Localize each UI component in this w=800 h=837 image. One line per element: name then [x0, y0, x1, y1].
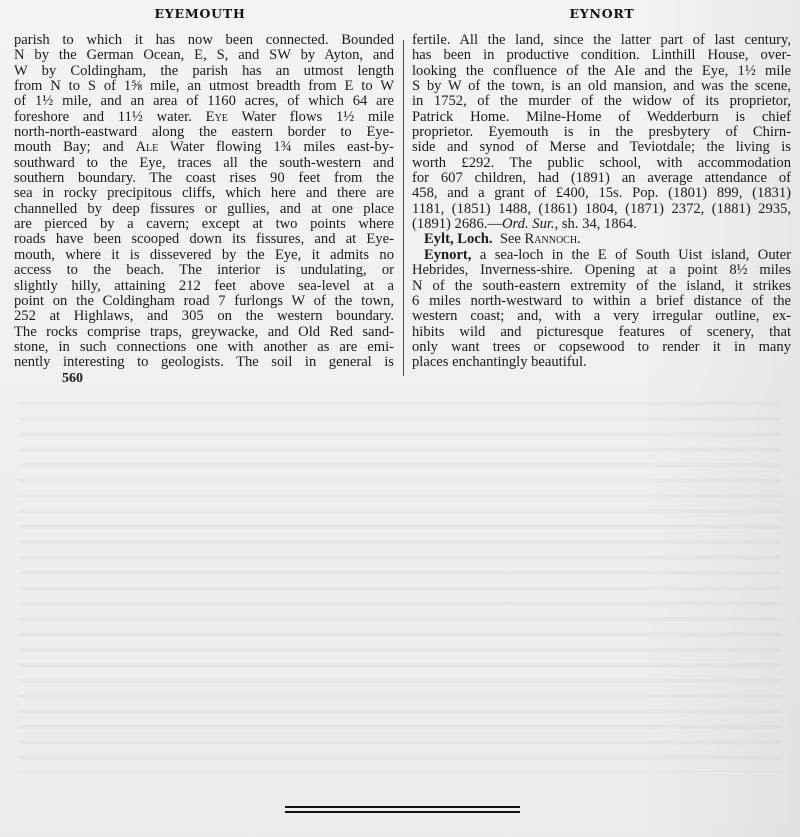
small-caps-term: Ale: [136, 139, 159, 155]
text-line: southern boundary. The coast rises 90 fe…: [14, 171, 394, 186]
text-line: foreshore and 11½ water. Eye Water flows…: [14, 110, 394, 125]
see-label: See: [500, 231, 521, 247]
text-line: fertile. All the land, since the latter …: [412, 33, 791, 48]
text-line: looking the confluence of the Ale and th…: [412, 64, 791, 79]
text-line: side and synod of Merse and Teviotdale; …: [412, 140, 791, 155]
census-tail: (1891) 2686.—: [412, 216, 502, 232]
text-line: W by Coldingham, the parish has an utmos…: [14, 64, 394, 79]
text-line: 458, and a grant of £400, 15s. Pop. (180…: [412, 186, 791, 201]
text-line: for 607 children, had (1891) an average …: [412, 171, 791, 186]
text-line: north-north-eastward along the eastern b…: [14, 125, 394, 140]
running-head-right: EYNORT: [404, 6, 800, 21]
text-line: The rocks comprise traps, greywacke, and…: [14, 325, 394, 340]
text-line: are pierced by a cavern; except at two p…: [14, 217, 394, 232]
headword-eynort: Eynort,: [424, 247, 471, 263]
text-line: Patrick Home. Milne-Home of Wedderburn i…: [412, 110, 791, 125]
text-line: sea in rocky precipitous cliffs, which h…: [14, 186, 394, 201]
bleed-through-text: [20, 392, 780, 772]
small-caps-term: Eye: [206, 109, 228, 125]
entry-eynort-first-line: Eynort, a sea-loch in the E of South Uis…: [412, 248, 791, 263]
text-line: stone, in such connections one with anot…: [14, 340, 394, 355]
text-line: from N to S of 1⅝ mile, an utmost breadt…: [14, 79, 394, 94]
text-line: N of the south-eastern extremity of the …: [412, 279, 791, 294]
text-line: S by W of the town, is an old mansion, a…: [412, 79, 791, 94]
text-line: worth £292. The public school, with acco…: [412, 156, 791, 171]
page-number: 560: [14, 371, 394, 386]
text-line: has been in productive condition. Linthi…: [412, 48, 791, 63]
text-line: access to the beach. The interior is und…: [14, 263, 394, 278]
ordnance-survey-ref: Ord. Sur.: [502, 216, 555, 232]
text-line: of 1½ mile, and an area of 1160 acres, o…: [14, 94, 394, 109]
text-line: a sea-loch in the E of South Uist island…: [480, 247, 791, 263]
left-column: parish to which it has now been connecte…: [14, 33, 394, 386]
text-line: 1181, (1851) 1488, (1861) 1804, (1871) 2…: [412, 202, 791, 217]
text-line: in 1752, of the murder of the widow of i…: [412, 94, 791, 109]
right-column: fertile. All the land, since the latter …: [412, 33, 791, 371]
text-line: 6 miles north-westward to within a brief…: [412, 294, 791, 309]
column-divider: [403, 40, 404, 376]
text-line: places enchantingly beautiful.: [412, 355, 791, 370]
text-line: channelled by deep fissures or gullies, …: [14, 202, 394, 217]
bottom-rule: [285, 806, 520, 808]
text-line: parish to which it has now been connecte…: [14, 33, 394, 48]
text-line: Hebrides, Inverness-shire. Opening at a …: [412, 263, 791, 278]
text-line: mouth Bay; and Ale Water flowing 1¾ mile…: [14, 140, 394, 155]
text-line: point on the Coldingham road 7 furlongs …: [14, 294, 394, 309]
census-reference-line: (1891) 2686.—Ord. Sur., sh. 34, 1864.: [412, 217, 791, 232]
text-line: N by the German Ocean, E, S, and SW by A…: [14, 48, 394, 63]
headword-eylt: Eylt, Loch.: [424, 231, 493, 247]
bottom-rule-second: [285, 811, 520, 813]
text-line: only want trees or copsewood to render i…: [412, 340, 791, 355]
text-line: roads have been scooped down its fissure…: [14, 232, 394, 247]
ordnance-sheet: , sh. 34, 1864.: [555, 216, 637, 232]
running-head-left: EYEMOUTH: [0, 6, 400, 21]
text-line: hibits wild and picturesque features of …: [412, 325, 791, 340]
text-line: mouth, where it is dissevered by the Eye…: [14, 248, 394, 263]
text-line: western coast; and, with a very irregula…: [412, 309, 791, 324]
entry-eylt-loch: Eylt, Loch. See Rannoch.: [412, 232, 791, 247]
text-line: 252 at Highlaws, and 305 on the western …: [14, 309, 394, 324]
cross-reference-rannoch: Rannoch.: [525, 231, 581, 247]
text-line: proprietor. Eyemouth is in the presbyter…: [412, 125, 791, 140]
text-line: southward to the Eye, traces all the sou…: [14, 156, 394, 171]
text-line: slightly hilly, attaining 212 feet above…: [14, 279, 394, 294]
text-line: nently interesting to geologists. The so…: [14, 355, 394, 370]
